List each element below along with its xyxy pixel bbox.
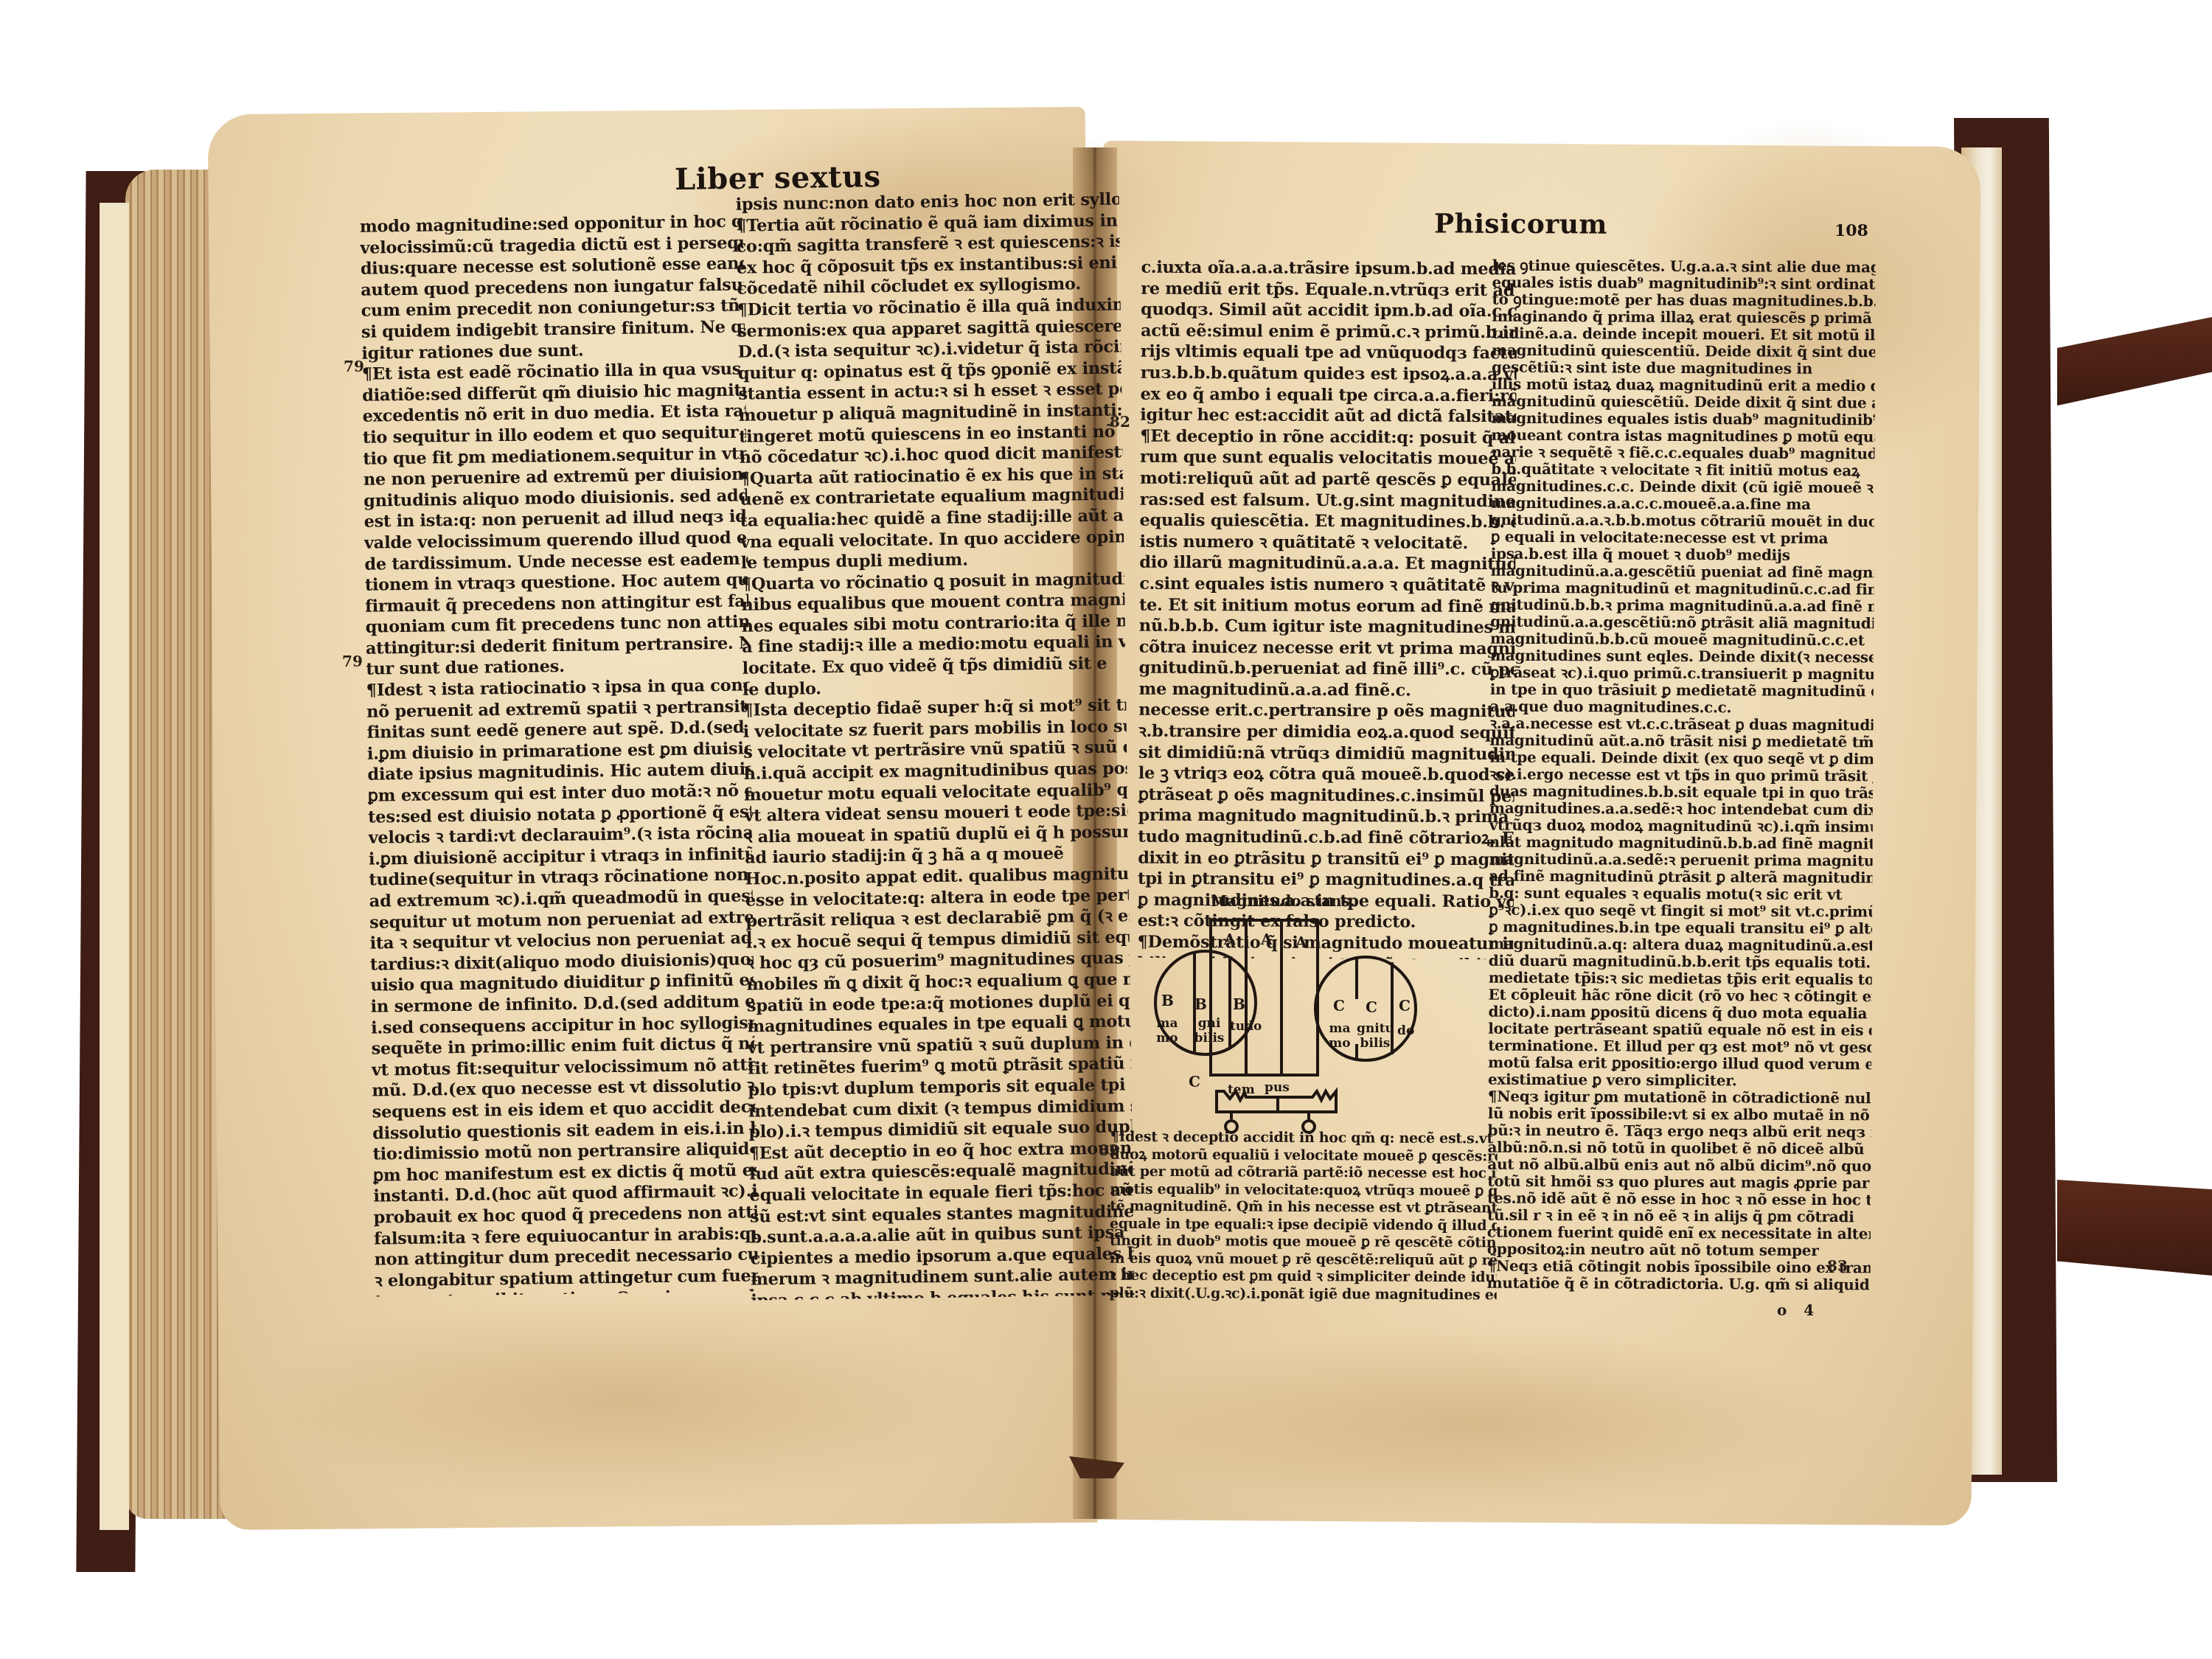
text-line: sit dimidiũ:nã vtrũqз dimidiũ magnitudin… — [1138, 742, 1514, 765]
text-line: tudo magnitudinũ.c.b.ad finẽ cõtrarioꝝ. … — [1138, 827, 1514, 849]
folio-number: 108 — [1834, 221, 1868, 240]
text-line: ꝛ.b.transire per dimidia eoꝝ.a.quod sequ… — [1138, 721, 1514, 744]
text-line: c.iuxta oĩa.a.a.a.trãsire ipsum.b.ad med… — [1141, 257, 1517, 280]
text-line: equale in tpe equali:ꝛ ipse decipiẽ vide… — [1110, 1215, 1497, 1234]
margin-note-number: 79 — [344, 358, 364, 375]
diagram-time-label: tem — [1228, 1082, 1255, 1097]
text-line: ꝛ hec deceptio est ꝑm quid ꝛ simpliciter… — [1110, 1267, 1497, 1287]
margin-note-number: 82 — [1110, 413, 1130, 431]
diagram-label-c: C — [1333, 997, 1345, 1015]
diagram-label-c: C — [1399, 997, 1411, 1015]
text-line: in eis quoꝝ vnũ mouet ꝑ rẽ qescẽtẽ:reliq… — [1110, 1250, 1497, 1269]
text-line: dixit in eo ꝑtrãsitu ꝑ transitũ ei⁹ ꝑ ma… — [1138, 847, 1514, 870]
diagram-title: Magnitudo stans. — [1209, 892, 1357, 910]
left-page-column-b: ipsis nunc:non dato eniз hoc non erit sy… — [736, 189, 1135, 1300]
water-stain — [1106, 1327, 1843, 1519]
margin-note-number: 79 — [342, 653, 363, 670]
text-line: aũt per motũ ad cõtrariã partẽ:iõ necess… — [1110, 1164, 1497, 1183]
endpaper-left — [100, 203, 129, 1530]
diagram-word: ma mo — [1325, 1021, 1354, 1051]
left-page-column-a: modo magnitudine:sed opponitur in hoc q:… — [360, 211, 758, 1296]
signature-mark: o 4 — [1777, 1301, 1820, 1319]
diagram-label-a: A — [1295, 933, 1307, 951]
diagram-label-a: A — [1261, 931, 1273, 948]
diagram-word: gni bilis — [1191, 1016, 1228, 1046]
text-line: c.sint equales istis numero ꝛ quãtitatẽ … — [1139, 574, 1515, 597]
clasp-strap-upper — [2057, 317, 2212, 406]
text-line: motis equalib⁹ in velocitate:quoꝝ vtrũqз… — [1110, 1180, 1497, 1200]
text-line: me magnitudinũ.a.a.ad finẽ.c. — [1138, 679, 1514, 702]
text-line: ruз.b.b.b.quãtum quideз est ipsoꝝ.a.a.a.… — [1141, 363, 1517, 386]
text-line: quodqз. Simil aũt accidit ipm.b.ad oĩa.c… — [1141, 299, 1517, 322]
text-line: moti:reliquũ aũt ad partẽ qescẽs ꝑ equal… — [1140, 468, 1516, 491]
diagram-time-label: pus — [1265, 1080, 1290, 1095]
diagram-label-b: B — [1194, 995, 1207, 1013]
text-line: actũ eẽ:simul enim ẽ primũ.c.ꝛ primũ.b.i… — [1141, 320, 1517, 343]
running-head-right: Phisicorum — [1434, 208, 1607, 240]
right-page-column-a: c.iuxta oĩa.a.a.a.trãsire ipsum.b.ad med… — [1138, 257, 1517, 960]
text-line: duoꝝ motorũ equaliũ i velocitate moueẽ ꝑ… — [1110, 1146, 1498, 1165]
diagram-label-a: A — [1224, 931, 1236, 948]
diagram-label-b: B — [1161, 992, 1174, 1009]
text-line: tingit in duob⁹ motis que moueẽ ꝑ rẽ qes… — [1110, 1233, 1497, 1252]
clasp-strap-lower — [2057, 1180, 2212, 1276]
text-line: rijs vltimis equali tpe ad vnũquodqз fac… — [1141, 341, 1517, 364]
text-line: gnitudinũ.b.perueniat ad finẽ illi⁹.c. c… — [1138, 658, 1514, 681]
diagram-word: tudo — [1230, 1019, 1262, 1034]
diagram-label-b: B — [1233, 995, 1245, 1013]
text-line: equalis quiescẽtia. Et magnitudines.b.b.… — [1140, 510, 1516, 533]
text-line: tẽ magnitudinẽ. Qm̃ in his necesse est v… — [1110, 1198, 1497, 1217]
text-line: mutatiõe q̃ ẽ in cõtradictoria. U.g. qm̃… — [1486, 1275, 1870, 1294]
text-line: ras:sed est falsum. Ut.g.sint magnitudin… — [1140, 489, 1516, 512]
text-line: plũ:ꝛ dixit(.U.g.ꝛc).i.ponãt igiẽ due ma… — [1110, 1284, 1497, 1304]
right-page-column-a-continued: ¶Idest ꝛ deceptio accidit in hoc qm̃ q: … — [1109, 1129, 1498, 1352]
text-line: re mediũ erit tp̃s. Equale.n.vtrũqз erit… — [1141, 278, 1517, 301]
text-line: tpi in ꝑtransitu ei⁹ ꝑ magnitudines.a.q … — [1138, 869, 1514, 891]
diagram-word: ma mo — [1152, 1016, 1182, 1046]
text-line: ¶Et deceptio in rõne accidit:q: posuit q… — [1140, 425, 1516, 448]
running-head-left: Liber sextus — [675, 159, 881, 197]
diagram-label-c: C — [1366, 998, 1377, 1016]
text-line: le ꝫ vtriqз eoꝝ cõtra quã moueẽ.b.quod s… — [1138, 763, 1514, 786]
text-line: rum que sunt equalis velocitatis moueẽ a… — [1140, 447, 1516, 470]
text-line: dio illarũ magnitudinũ.a.a.a. Et magnitu… — [1139, 552, 1515, 575]
diagram-word: gnitu bilis — [1357, 1021, 1394, 1051]
water-stain — [258, 1290, 995, 1512]
text-line: ꝑtrãseat ꝑ oẽs magnitudines.c.insimũl pe… — [1138, 785, 1514, 807]
right-page-column-b: les ꝯtinue quiescẽtes. U.g.a.a.ꝛ sint al… — [1486, 257, 1876, 1329]
text-line: cõtra inuicez necesse erit vt prima magn… — [1139, 636, 1515, 659]
text-line: te. Et sit initium motus eorum ad finẽ m… — [1139, 594, 1515, 617]
text-line: ex eo q̃ ambo i equali tpe circa.a.a.fie… — [1140, 383, 1516, 406]
text-line: nũ.b.b.b. Cum igitur iste magnitudines m… — [1139, 616, 1515, 639]
diagram-word: do — [1397, 1023, 1414, 1038]
text-line: istis numero ꝛ quãtitatẽ ꝛ velocitatẽ. — [1139, 531, 1515, 554]
margin-note-number: 83 — [1827, 1257, 1848, 1275]
text-line: prima magnitudo magnitudinũ.b.ꝛ prima ma… — [1138, 805, 1514, 828]
diagram-label-c-side: C — [1189, 1073, 1200, 1091]
text-line: necesse erit.c.pertransire p oẽs magnitu… — [1138, 700, 1514, 723]
margin-note-number: 82 — [1099, 1141, 1119, 1159]
text-line: igitur hec est:accidit aũt ad dictã fals… — [1140, 405, 1516, 428]
